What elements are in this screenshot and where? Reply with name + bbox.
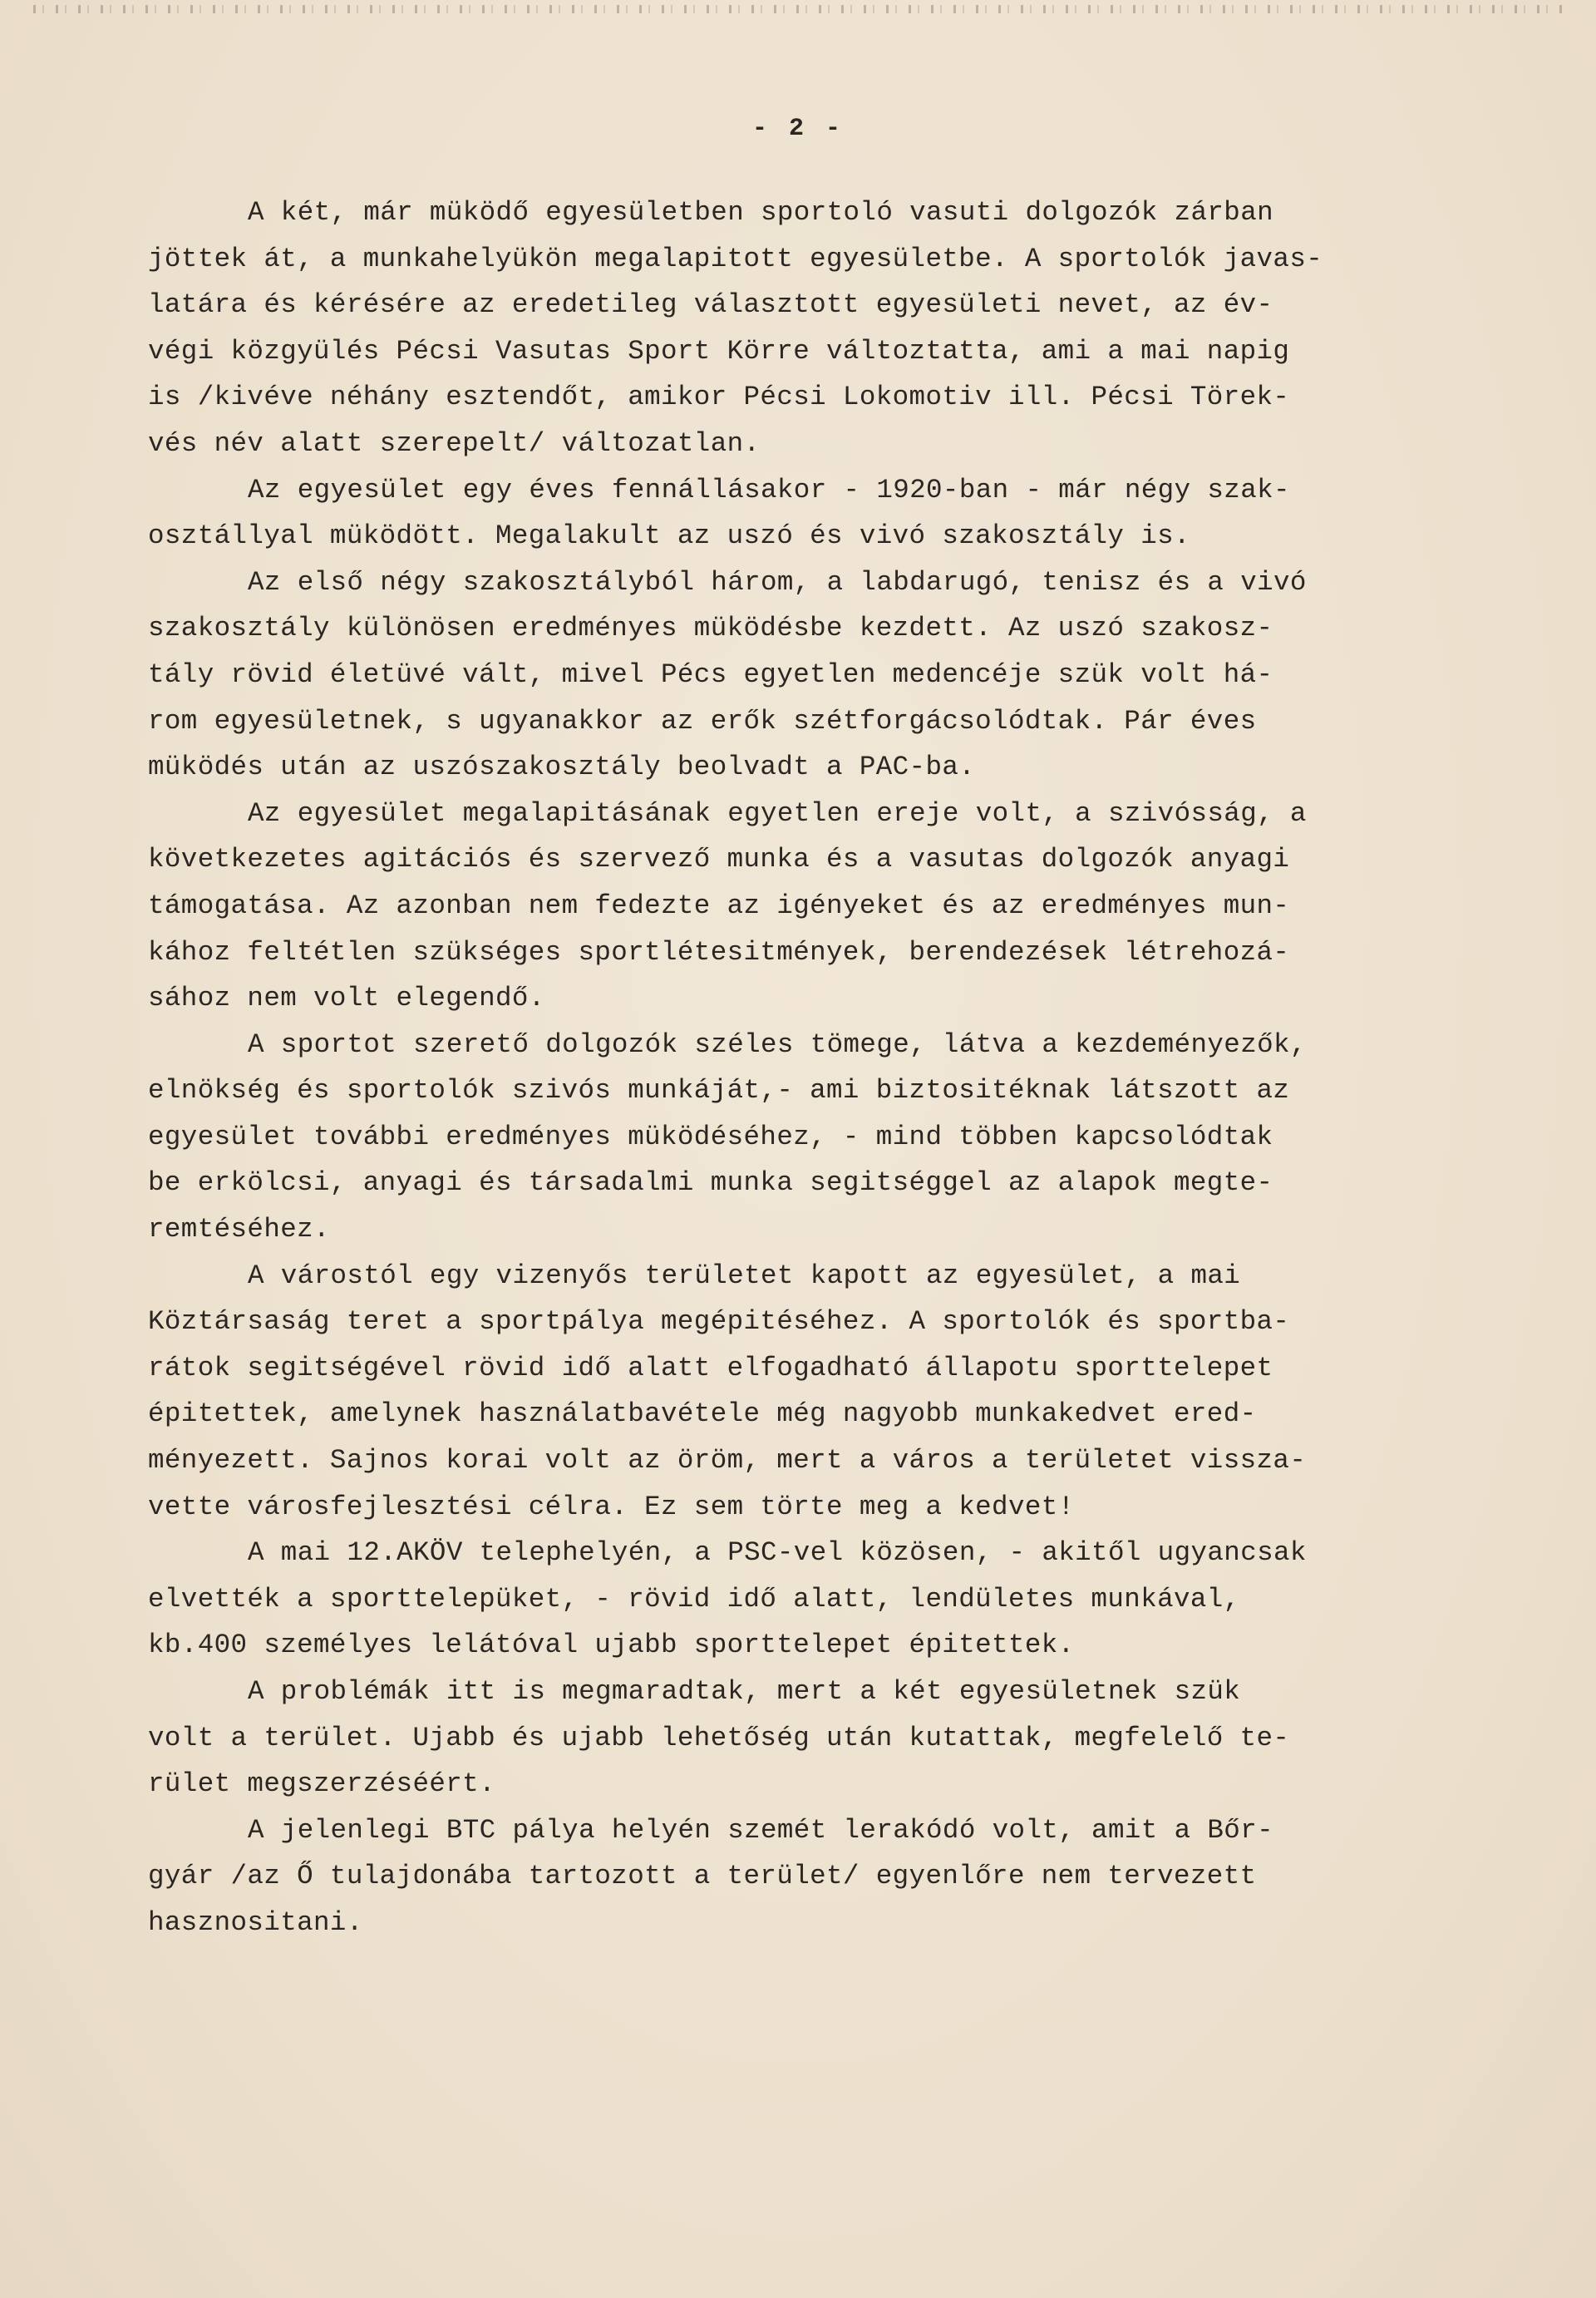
text-line: elnökség és sportolók szivós munkáját,- … <box>148 1068 1561 1114</box>
text-line: végi közgyülés Pécsi Vasutas Sport Körre… <box>148 328 1561 375</box>
text-line: osztállyal müködött. Megalakult az uszó … <box>148 513 1561 560</box>
text-line: volt a terület. Ujabb és ujabb lehetőség… <box>148 1715 1561 1762</box>
page-number: - 2 - <box>0 115 1596 143</box>
text-line: jöttek át, a munkahelyükön megalapitott … <box>148 236 1561 283</box>
text-line: szakosztály különösen eredményes müködés… <box>148 605 1561 652</box>
paragraph: A két, már müködő egyesületben sportoló … <box>148 190 1561 467</box>
text-line: latára és kérésére az eredetileg választ… <box>148 282 1561 328</box>
text-line: müködés után az uszószakosztály beolvadt… <box>148 744 1561 791</box>
text-line: tály rövid életüvé vált, mivel Pécs egye… <box>148 652 1561 698</box>
text-line: A problémák itt is megmaradtak, mert a k… <box>148 1669 1561 1715</box>
text-line: támogatása. Az azonban nem fedezte az ig… <box>148 883 1561 930</box>
text-line: elvették a sporttelepüket, - rövid idő a… <box>148 1576 1561 1623</box>
paragraph: Az egyesület megalapitásának egyetlen er… <box>148 791 1561 1022</box>
text-line: következetes agitációs és szervező munka… <box>148 836 1561 883</box>
text-line: vette városfejlesztési célra. Ez sem tör… <box>148 1484 1561 1531</box>
text-line: Az első négy szakosztályból három, a lab… <box>148 560 1561 606</box>
text-line: sához nem volt elegendő. <box>148 975 1561 1022</box>
paragraph: A problémák itt is megmaradtak, mert a k… <box>148 1669 1561 1807</box>
text-line: vés név alatt szerepelt/ változatlan. <box>148 421 1561 467</box>
text-line: A sportot szerető dolgozók széles tömege… <box>148 1022 1561 1068</box>
document-body: A két, már müködő egyesületben sportoló … <box>148 190 1561 1946</box>
text-line: A jelenlegi BTC pálya helyén szemét lera… <box>148 1807 1561 1854</box>
document-page: - 2 - A két, már müködő egyesületben spo… <box>0 0 1596 2298</box>
text-line: A két, már müködő egyesületben sportoló … <box>148 190 1561 236</box>
text-line: Köztársaság teret a sportpálya megépités… <box>148 1299 1561 1345</box>
text-line: A várostól egy vizenyős területet kapott… <box>148 1253 1561 1299</box>
text-line: rátok segitségével rövid idő alatt elfog… <box>148 1345 1561 1392</box>
text-line: Az egyesület megalapitásának egyetlen er… <box>148 791 1561 837</box>
text-line: hasznositani. <box>148 1900 1561 1946</box>
paragraph: A várostól egy vizenyős területet kapott… <box>148 1253 1561 1531</box>
text-line: kb.400 személyes lelátóval ujabb sportte… <box>148 1622 1561 1669</box>
text-line: be erkölcsi, anyagi és társadalmi munka … <box>148 1160 1561 1206</box>
scan-top-edge <box>33 5 1563 13</box>
text-line: rület megszerzéséért. <box>148 1761 1561 1807</box>
text-line: épitettek, amelynek használatbavétele mé… <box>148 1391 1561 1437</box>
text-line: remtéséhez. <box>148 1206 1561 1253</box>
text-line: Az egyesület egy éves fennállásakor - 19… <box>148 467 1561 514</box>
paragraph: A jelenlegi BTC pálya helyén szemét lera… <box>148 1807 1561 1946</box>
text-line: is /kivéve néhány esztendőt, amikor Pécs… <box>148 374 1561 421</box>
text-line: rom egyesületnek, s ugyanakkor az erők s… <box>148 698 1561 745</box>
paragraph: Az első négy szakosztályból három, a lab… <box>148 560 1561 791</box>
paragraph: A sportot szerető dolgozók széles tömege… <box>148 1022 1561 1253</box>
text-line: egyesület további eredményes müködéséhez… <box>148 1114 1561 1161</box>
text-line: ményezett. Sajnos korai volt az öröm, me… <box>148 1437 1561 1484</box>
text-line: kához feltétlen szükséges sportlétesitmé… <box>148 930 1561 976</box>
text-line: gyár /az Ő tulajdonába tartozott a terül… <box>148 1853 1561 1900</box>
paragraph: Az egyesület egy éves fennállásakor - 19… <box>148 467 1561 560</box>
text-line: A mai 12.AKÖV telephelyén, a PSC-vel köz… <box>148 1530 1561 1576</box>
paragraph: A mai 12.AKÖV telephelyén, a PSC-vel köz… <box>148 1530 1561 1669</box>
